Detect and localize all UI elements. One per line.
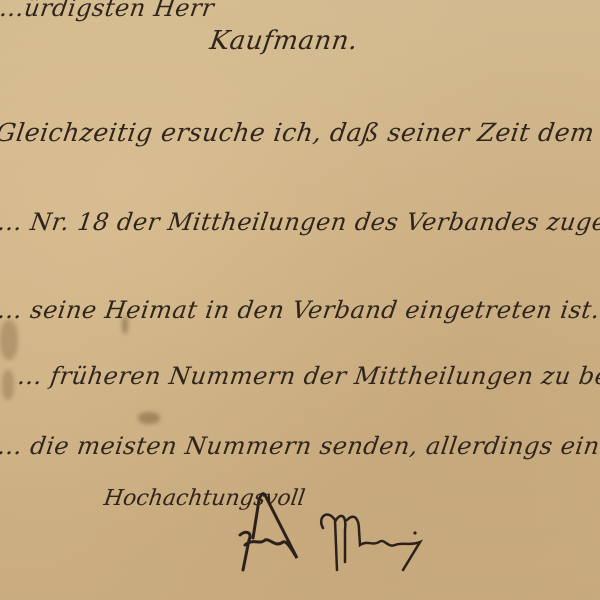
ink-stain — [138, 412, 160, 424]
letter-line-salutation: ...ürdigsten Herr — [0, 0, 216, 22]
letter-line: ... früheren Nummern der Mittheilungen z… — [16, 362, 600, 390]
letter-line: ... seine Heimat in den Verband eingetre… — [0, 296, 600, 324]
letter-line: Gleichzeitig ersuche ich, daß seiner Zei… — [0, 118, 600, 147]
letter-line: ... die meisten Nummern senden, allerdin… — [0, 432, 600, 460]
ink-stain — [0, 320, 18, 360]
letter-line: ... Nr. 18 der Mittheilungen des Verband… — [0, 208, 600, 236]
signature — [235, 490, 465, 590]
letter-page: ...ürdigsten Herr Kaufmann. Gleichzeitig… — [0, 0, 600, 600]
letter-line-addressee: Kaufmann. — [208, 26, 360, 56]
ink-stain — [2, 370, 14, 400]
